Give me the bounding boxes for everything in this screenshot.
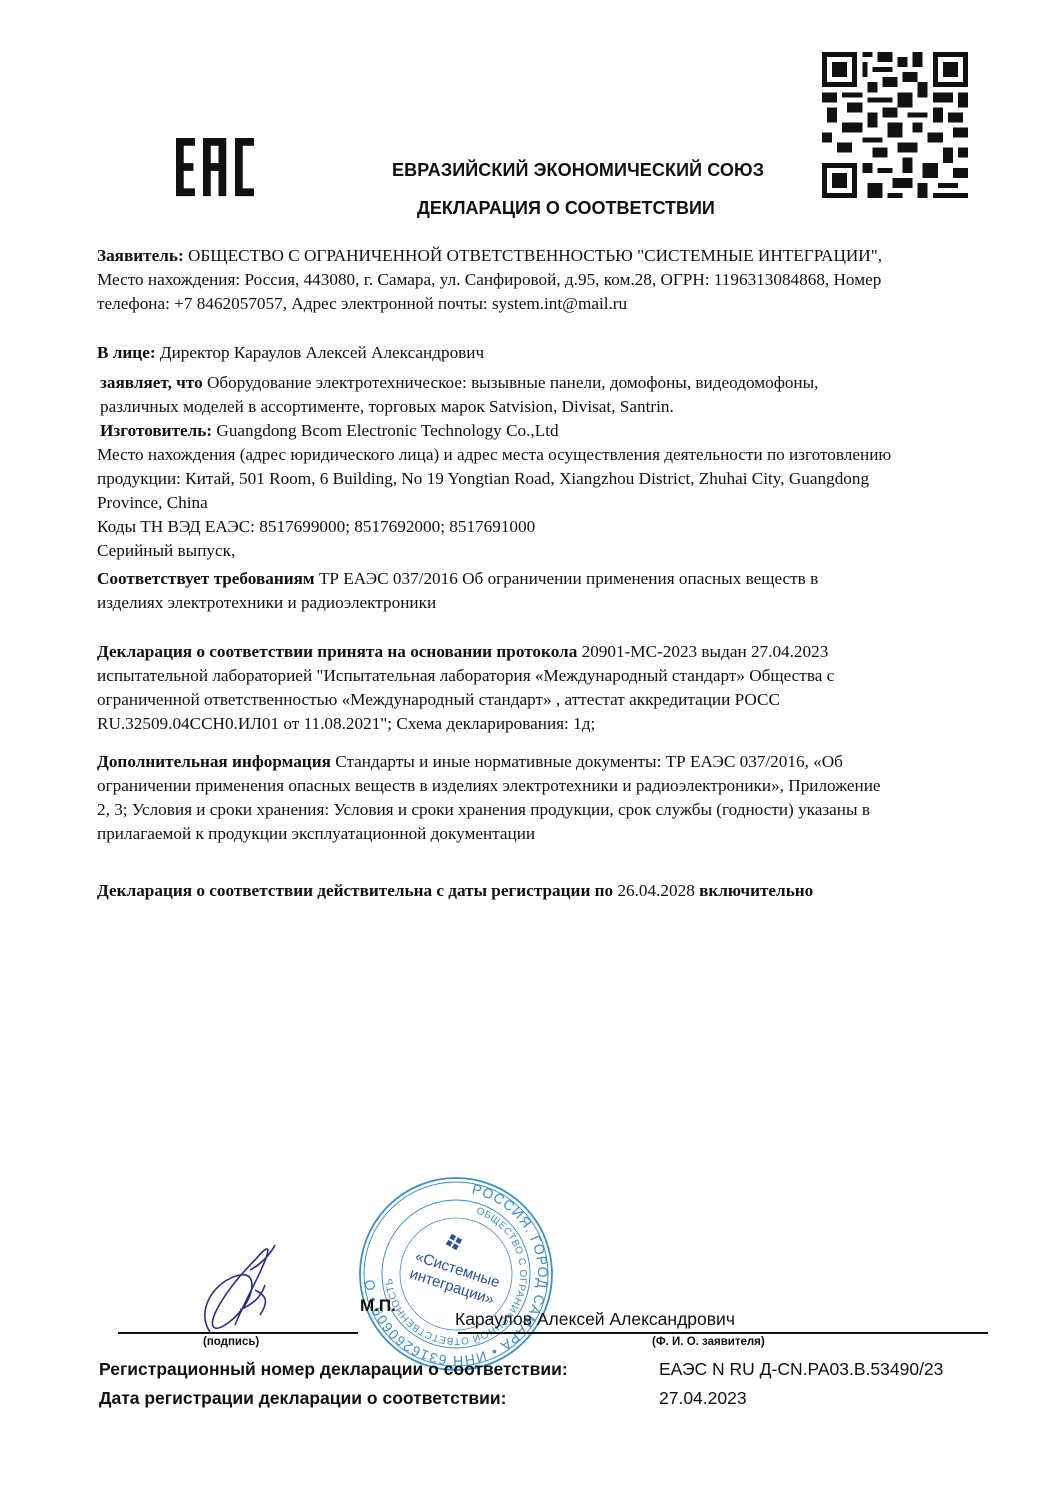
validity-section: Декларация о соответствии действительна …: [97, 879, 1007, 903]
name-line: [458, 1332, 988, 1334]
represented-by-value: Директор Караулов Алексей Александрович: [156, 343, 485, 362]
applicant-section: Заявитель: ОБЩЕСТВО С ОГРАНИЧЕННОЙ ОТВЕТ…: [97, 244, 1007, 316]
signature-caption: (подпись): [203, 1336, 259, 1348]
applicant-address: Место нахождения: Россия, 443080, г. Сам…: [97, 268, 1007, 292]
laboratory-name-cont: ограниченной ответственностью «Междунаро…: [97, 688, 1007, 712]
applicant-contacts: телефона: +7 8462057057, Адрес электронн…: [97, 292, 1007, 316]
name-caption: (Ф. И. О. заявителя): [652, 1336, 765, 1348]
eac-letter-a-icon: [203, 137, 226, 197]
hs-codes: Коды ТН ВЭД ЕАЭС: 8517699000; 8517692000…: [97, 515, 1007, 539]
manufacturer-section: Место нахождения (адрес юридического лиц…: [97, 443, 1007, 563]
applicant-label: Заявитель:: [97, 246, 184, 265]
document-title: ДЕКЛАРАЦИЯ О СООТВЕТСТВИИ: [417, 198, 715, 219]
registration-date-label: Дата регистрации декларации о соответств…: [99, 1388, 507, 1409]
validity-label: Декларация о соответствии действительна …: [97, 881, 613, 900]
seal-place-label: М.П.: [360, 1296, 396, 1316]
standards-cont: ограничении применения опасных веществ в…: [97, 774, 1007, 798]
signature-icon: [195, 1240, 305, 1340]
basis-section: Декларация о соответствии принята на осн…: [97, 640, 1007, 736]
manufacturer-label: Изготовитель:: [100, 421, 212, 440]
signature-line: [118, 1332, 358, 1334]
manufacturer-address: Место нахождения (адрес юридического лиц…: [97, 443, 1007, 467]
represented-by-label: В лице:: [97, 343, 156, 362]
additional-info-section: Дополнительная информация Стандарты и ин…: [97, 750, 1007, 846]
represented-by-section: В лице: Директор Караулов Алексей Алекса…: [97, 341, 1007, 365]
compliance-standard-cont: изделиях электротехники и радиоэлектрони…: [97, 591, 1007, 615]
storage-conditions: 2, 3; Условия и сроки хранения: Условия …: [97, 798, 1007, 822]
manufacturer-address-cont: продукции: Китай, 501 Room, 6 Building, …: [97, 467, 1007, 491]
production-type: Серийный выпуск,: [97, 539, 1007, 563]
eac-logo: [176, 137, 254, 197]
manufacturer-name: Guangdong Bcom Electronic Technology Co.…: [212, 421, 558, 440]
compliance-label: Соответствует требованиям: [97, 569, 315, 588]
validity-suffix: включительно: [699, 881, 813, 900]
company-stamp-icon: РОССИЯ. ГОРОД САМАРА • ИНН 6316260609 • …: [356, 1174, 556, 1374]
compliance-section: Соответствует требованиям ТР ЕАЭС 037/20…: [97, 567, 1007, 615]
registration-number-label: Регистрационный номер декларации о соотв…: [99, 1359, 568, 1380]
product-description: Оборудование электротехническое: вызывны…: [203, 373, 819, 392]
qr-code-icon: [818, 52, 972, 198]
manufacturer-address-end: Province, China: [97, 491, 1007, 515]
declares-section: заявляет, что Оборудование электротехнич…: [100, 371, 1010, 443]
protocol-number: 20901-МС-2023 выдан 27.04.2023: [577, 642, 828, 661]
eac-letter-c-icon: [235, 137, 254, 197]
basis-label: Декларация о соответствии принята на осн…: [97, 642, 577, 661]
product-description-cont: различных моделей в ассортименте, торгов…: [100, 395, 1010, 419]
validity-date: 26.04.2028: [613, 881, 699, 900]
union-title: ЕВРАЗИЙСКИЙ ЭКОНОМИЧЕСКИЙ СОЮЗ: [392, 160, 764, 181]
registration-number-value: ЕАЭС N RU Д-CN.PA03.B.53490/23: [659, 1359, 943, 1380]
applicant-name: ОБЩЕСТВО С ОГРАНИЧЕННОЙ ОТВЕТСТВЕННОСТЬЮ…: [184, 246, 882, 265]
storage-conditions-cont: прилагаемой к продукции эксплуатационной…: [97, 822, 1007, 846]
signer-name: Караулов Алексей Александрович: [455, 1309, 735, 1330]
eac-letter-e-icon: [176, 137, 195, 197]
accreditation: RU.32509.04ССН0.ИЛ01 от 11.08.2021"; Схе…: [97, 712, 1007, 736]
declares-label: заявляет, что: [100, 373, 203, 392]
additional-info-label: Дополнительная информация: [97, 752, 331, 771]
registration-date-value: 27.04.2023: [659, 1388, 747, 1409]
compliance-standard: ТР ЕАЭС 037/2016 Об ограничении применен…: [315, 569, 819, 588]
laboratory-name: испытательной лабораторией "Испытательна…: [97, 664, 1007, 688]
standards: Стандарты и иные нормативные документы: …: [331, 752, 843, 771]
